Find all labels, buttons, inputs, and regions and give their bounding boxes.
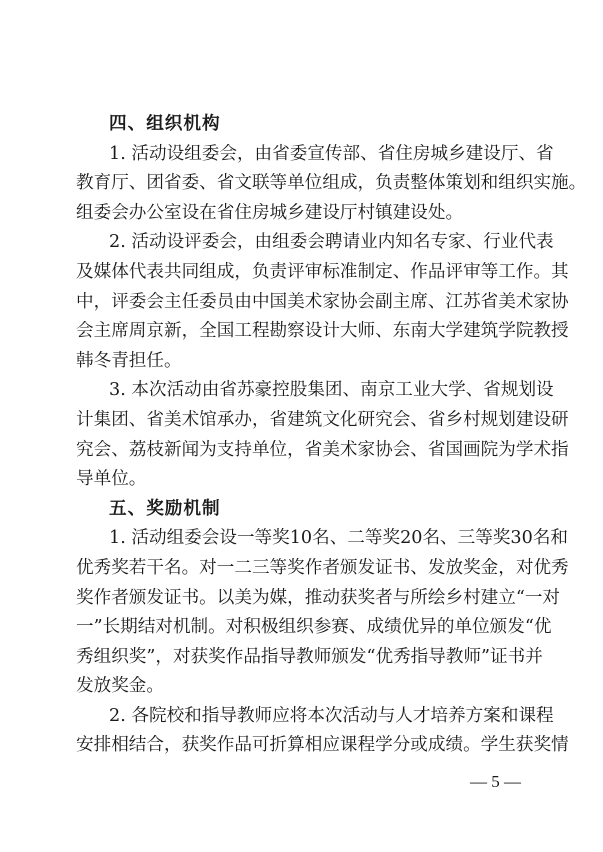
text-line: 3. 本次活动由省苏豪控股集团、南京工业大学、省规划设 (76, 376, 530, 406)
section-heading-awards: 五、奖励机制 (76, 495, 530, 525)
document-page: 四、组织机构 1. 活动设组委会，由省委宣传部、省住房城乡建设厅、省 教育厅、团… (0, 0, 603, 852)
paragraph-organizing-committee: 1. 活动设组委会，由省委宣传部、省住房城乡建设厅、省 教育厅、团省委、省文联等… (76, 140, 530, 229)
paragraph-review-committee: 2. 活动设评委会，由组委会聘请业内知名专家、行业代表 及媒体代表共同组成，负责… (76, 228, 530, 376)
paragraph-organizers: 3. 本次活动由省苏豪控股集团、南京工业大学、省规划设 计集团、省美术馆承办，省… (76, 376, 530, 494)
text-line: 中，评委会主任委员由中国美术家协会副主席、江苏省美术家协 (76, 288, 530, 318)
text-line: 奖作者颁发证书。以美为媒，推动获奖者与所绘乡村建立“一对 (76, 584, 530, 614)
text-line: 韩冬青担任。 (76, 347, 530, 377)
section-heading-organization: 四、组织机构 (76, 110, 530, 140)
text-line: 及媒体代表共同组成，负责评审标准制定、作品评审等工作。其 (76, 258, 530, 288)
text-line: 发放奖金。 (76, 672, 530, 702)
text-line: 安排相结合，获奖作品可折算相应课程学分或成绩。学生获奖情 (76, 731, 530, 761)
text-line: 一”长期结对机制。对积极组织参赛、成绩优异的单位颁发“优 (76, 613, 530, 643)
paragraph-course-credits: 2. 各院校和指导教师应将本次活动与人才培养方案和课程 安排相结合，获奖作品可折… (76, 702, 530, 761)
text-line: 2. 活动设评委会，由组委会聘请业内知名专家、行业代表 (76, 228, 530, 258)
page-content: 四、组织机构 1. 活动设组委会，由省委宣传部、省住房城乡建设厅、省 教育厅、团… (76, 110, 530, 761)
text-line: 组委会办公室设在省住房城乡建设厅村镇建设处。 (76, 199, 530, 229)
text-line: 计集团、省美术馆承办，省建筑文化研究会、省乡村规划建设研 (76, 406, 530, 436)
text-line: 2. 各院校和指导教师应将本次活动与人才培养方案和课程 (76, 702, 530, 732)
page-number: — 5 — (470, 770, 520, 794)
text-line: 优秀奖若干名。对一二三等奖作者颁发证书、发放奖金，对优秀 (76, 554, 530, 584)
text-line: 教育厅、团省委、省文联等单位组成，负责整体策划和组织实施。 (76, 169, 530, 199)
text-line: 究会、荔枝新闻为支持单位，省美术家协会、省国画院为学术指 (76, 436, 530, 466)
paragraph-award-prizes: 1. 活动组委会设一等奖10名、二等奖20名、三等奖30名和 优秀奖若干名。对一… (76, 524, 530, 702)
text-line: 秀组织奖”，对获奖作品指导教师颁发“优秀指导教师”证书并 (76, 643, 530, 673)
text-line: 导单位。 (76, 465, 530, 495)
text-line: 会主席周京新，全国工程勘察设计大师、东南大学建筑学院教授 (76, 317, 530, 347)
text-line: 1. 活动组委会设一等奖10名、二等奖20名、三等奖30名和 (76, 524, 530, 554)
text-line: 1. 活动设组委会，由省委宣传部、省住房城乡建设厅、省 (76, 140, 530, 170)
